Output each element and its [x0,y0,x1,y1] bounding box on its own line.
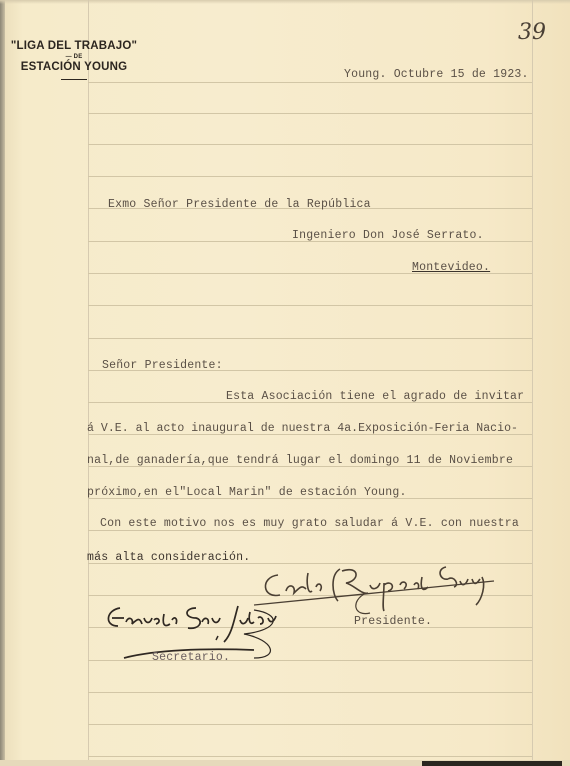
left-margin-line [88,0,89,766]
rule-line [88,530,532,531]
body-line-3: nal,de ganadería,que tendrá lugar el dom… [87,454,513,467]
body-line-6: más alta consideración. [87,551,250,564]
right-margin-line [532,0,533,766]
letterhead: "LIGA DEL TRABAJO" — DE ESTACIÓN YOUNG [4,40,144,80]
letterhead-rule [61,79,87,80]
recipient-line-1: Exmo Señor Presidente de la República [108,198,371,211]
rule-line [88,724,532,725]
rule-line [88,338,532,339]
page-left-edge [0,0,5,766]
salutation: Señor Presidente: [102,359,223,372]
secretary-title: Secretario. [152,651,230,664]
letterhead-org-name: "LIGA DEL TRABAJO" [4,40,144,53]
letterhead-connector: — DE [4,53,144,61]
body-line-5: Con este motivo nos es muy grato saludar… [100,517,519,530]
rule-line [88,176,532,177]
rule-line [88,144,532,145]
body-line-1: Esta Asociación tiene el agrado de invit… [226,390,524,403]
rule-line [88,756,532,757]
scan-shadow [422,761,562,766]
rule-line [88,113,532,114]
letter-page: "LIGA DEL TRABAJO" — DE ESTACIÓN YOUNG 3… [0,0,570,766]
body-line-2: á V.E. al acto inaugural de nuestra 4a.E… [87,422,518,435]
date-line: Young. Octubre 15 de 1923. [344,68,529,81]
president-title: Presidente. [354,615,432,628]
letterhead-location: ESTACIÓN YOUNG [4,61,144,74]
rule-line [88,692,532,693]
page-bottom-edge [0,760,570,766]
rule-line [88,82,532,83]
folio-number: 39 [518,20,546,45]
recipient-line-2: Ingeniero Don José Serrato. [292,229,484,242]
body-line-4: próximo,en el"Local Marin" de estación Y… [87,486,407,499]
president-signature-icon [250,555,500,615]
recipient-city: Montevideo. [412,261,490,274]
page-top-edge [0,0,570,4]
rule-line [88,305,532,306]
